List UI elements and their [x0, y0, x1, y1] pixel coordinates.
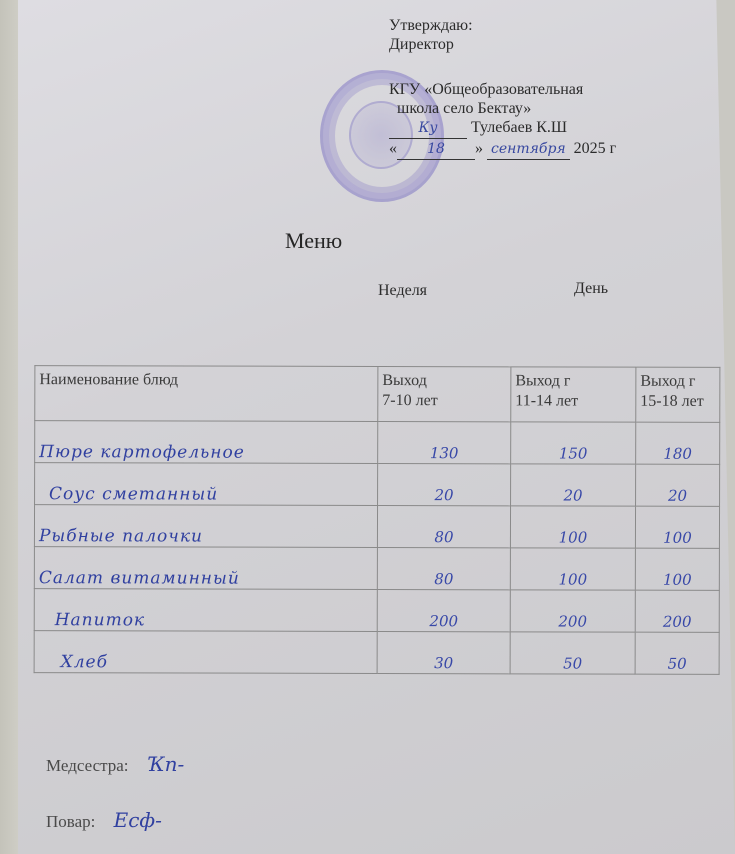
date-year: 2025 г [574, 140, 617, 157]
cook-signature-row: Повар: Есф- [46, 808, 162, 832]
table-header-row: Наименование блюд Выход7-10 лет Выход г1… [35, 366, 720, 423]
portion-7-10: 200 [377, 590, 510, 632]
header-dish-name: Наименование блюд [35, 366, 378, 422]
dish-name: Хлеб [34, 631, 377, 674]
date-month: сентября [491, 141, 566, 157]
approval-heading: Утверждаю: [389, 16, 616, 35]
portion-11-14: 100 [510, 506, 635, 548]
portion-11-14: 150 [511, 422, 636, 464]
week-label: Неделя [378, 282, 427, 300]
day-label: День [574, 280, 608, 298]
header-age-11-14: Выход г11-14 лет [511, 367, 636, 422]
organization-line-1: КГУ «Общеобразовательная [389, 80, 616, 99]
approval-position: Директор [389, 35, 616, 54]
background-surface [0, 0, 20, 854]
dish-name: Пюре картофельное [35, 421, 378, 464]
dish-name: Рыбные палочки [34, 505, 377, 548]
cook-label: Повар: [46, 812, 95, 831]
portion-11-14: 50 [510, 632, 635, 674]
header-age-7-10: Выход7-10 лет [378, 367, 511, 422]
organization-line-2: школа село Бектау» [389, 99, 616, 118]
table-row: Соус сметанный202020 [35, 463, 720, 507]
dish-name: Салат витаминный [34, 547, 377, 590]
menu-table: Наименование блюд Выход7-10 лет Выход г1… [34, 365, 721, 675]
portion-11-14: 200 [510, 590, 635, 632]
portion-7-10: 20 [378, 464, 511, 506]
table-row: Салат витаминный80100100 [34, 547, 719, 591]
dish-name: Соус сметанный [35, 463, 378, 506]
portion-15-18: 100 [635, 506, 719, 548]
portion-7-10: 80 [377, 506, 510, 548]
table-row: Пюре картофельное130150180 [35, 421, 720, 465]
table-row: Напиток200200200 [34, 589, 719, 633]
nurse-signature-row: Медсестра: Ҡп- [46, 752, 184, 776]
approval-date: «18» сентября 2025 г [389, 139, 616, 160]
nurse-label: Медсестра: [46, 756, 129, 775]
director-name: Тулебаев К.Ш [471, 119, 567, 136]
portion-15-18: 100 [635, 548, 719, 590]
dish-name: Напиток [34, 589, 377, 632]
portion-15-18: 20 [636, 464, 720, 506]
portion-7-10: 80 [377, 548, 510, 590]
approval-block: Утверждаю: Директор КГУ «Общеобразовател… [389, 16, 616, 160]
portion-11-14: 100 [510, 548, 635, 590]
header-age-15-18: Выход г15-18 лет [636, 367, 720, 422]
date-day: 18 [427, 141, 445, 157]
director-signature-line: Ку Тулебаев К.Ш [389, 118, 616, 139]
portion-7-10: 30 [377, 632, 510, 674]
director-signature: Ку [419, 120, 438, 136]
portion-15-18: 50 [635, 632, 719, 674]
cook-signature: Есф- [114, 808, 162, 832]
nurse-signature: Ҡп- [147, 752, 184, 776]
portion-7-10: 130 [378, 422, 511, 464]
portion-11-14: 20 [511, 464, 636, 506]
page-title: Меню [285, 228, 342, 254]
portion-15-18: 180 [636, 422, 720, 464]
portion-15-18: 200 [635, 590, 719, 632]
table-row: Хлеб305050 [34, 631, 719, 675]
table-row: Рыбные палочки80100100 [34, 505, 719, 549]
